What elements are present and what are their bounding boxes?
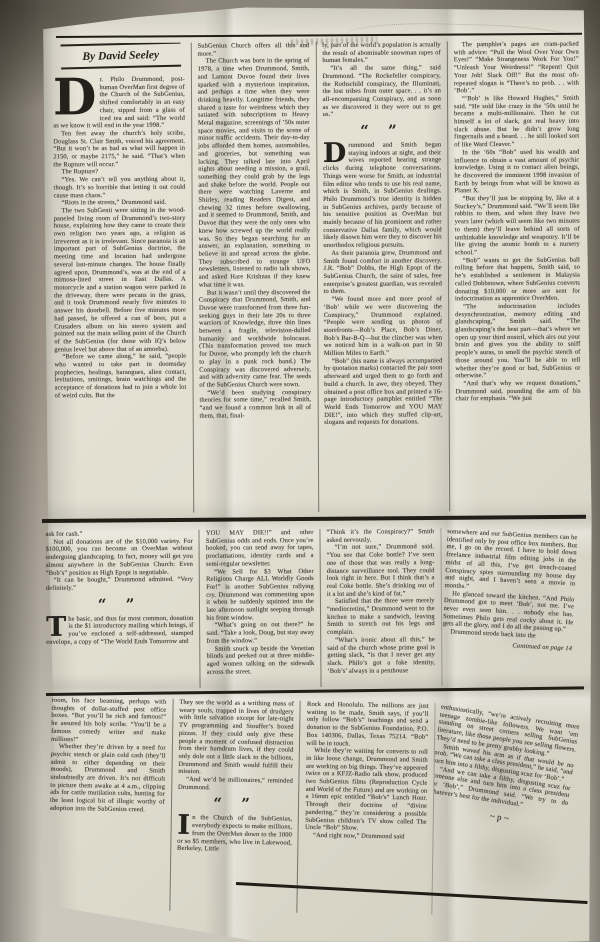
paragraph: “We Sell for $3 What Other Religions Cha… <box>206 568 314 623</box>
top-column-1-text: Dr. Philo Drummond, post-human OverMan f… <box>53 76 186 400</box>
paragraph: “I’m not sure,” Drummond said. “You see … <box>327 544 435 599</box>
paragraph: While they’re waiting for converts to ro… <box>305 747 428 834</box>
middle-column-3: “Think it’s the Conspiracy?” Smith asked… <box>319 528 441 687</box>
paragraph: “It can be bought,” Drummond admitted. “… <box>46 576 193 592</box>
paragraph: Satisfied that the three were merely “me… <box>327 597 435 636</box>
paragraph: “But they’ll just be stopping by, like a… <box>454 195 579 257</box>
paragraph: “The indoctrination includes desynchroni… <box>455 303 580 381</box>
drop-cap: I <box>177 814 192 836</box>
paragraph: “And that’s why we request donations,” D… <box>455 380 580 404</box>
pull-quote-marks: “ ” <box>46 594 193 613</box>
bottom-column-2: They see the world as a writhing mass of… <box>169 699 300 913</box>
paragraph: He glanced toward the kitchen. “And Phil… <box>442 590 574 635</box>
paragraph: The basic, and thus far most common, don… <box>46 614 194 646</box>
paragraph: “Think it’s the Conspiracy?” Smith asked… <box>326 528 434 544</box>
middle-column-4: somewhere and our SubGenius members can … <box>440 527 584 686</box>
bottom-column-1: room, his face beaming, perhaps with tho… <box>46 697 172 911</box>
drop-cap: T <box>46 615 68 637</box>
top-column-2: SubGenius Church offers all this and mor… <box>191 42 318 513</box>
paragraph: In the Church of the SubGenius, everybod… <box>177 814 292 854</box>
paragraph: The Church was born in the spring of 197… <box>198 57 311 289</box>
paragraph: The pamphlet’s pages are cram-packed wit… <box>454 41 579 96</box>
drop-cap: D <box>323 142 349 164</box>
paragraph: “We’d been studying conspiracy theories … <box>199 389 311 420</box>
paragraph: ly, part of the world’s population is ac… <box>322 41 441 65</box>
paragraph: “Before we came along,” he said, “people… <box>54 353 186 400</box>
paragraph: “We found more and more proof of ‘Bob’ w… <box>324 295 443 357</box>
paragraph: somewhere and our SubGenius members can … <box>444 528 577 596</box>
paragraph: “It’s all the same thing,” said Drummond… <box>322 64 441 119</box>
paragraph: Dr. Philo Drummond, post-human OverMan f… <box>53 76 185 131</box>
paragraph: They see the world as a writhing mass of… <box>178 699 294 778</box>
drop-cap: D <box>53 76 100 116</box>
paragraph: Rock and Honolulu. The millions are just… <box>306 701 428 749</box>
paragraph: The two SubGenii were sitting in the woo… <box>54 207 187 354</box>
middle-column-4-text: somewhere and our SubGenius members can … <box>441 528 577 653</box>
paragraph: “‘Bob’ is like Howard Hughes,” Smith sai… <box>454 95 579 150</box>
paragraph: YOU MAY DIE!!” and other SubGenius odds … <box>206 529 314 568</box>
paragraph: Whether they’re driven by a need for psy… <box>50 743 166 814</box>
top-column-4: The pamphlet’s pages are cram-packed wit… <box>447 41 588 512</box>
paragraph: “Yes. We can’t tell you anything about i… <box>53 176 185 200</box>
paragraph: SubGenius Church offers all this and mor… <box>198 42 310 58</box>
bottom-column-4-text: enthusiastically, “we’re actively recrui… <box>431 703 580 831</box>
paragraph: “What’s going on out there?” he said. “T… <box>206 621 314 645</box>
top-column-3: ly, part of the world’s population is ac… <box>315 41 449 512</box>
byline-box: By David Seeley <box>61 43 181 70</box>
bottom-column-4: enthusiastically, “we’re actively recrui… <box>431 703 587 917</box>
middle-column-2: YOU MAY DIE!!” and other SubGenius odds … <box>199 529 321 688</box>
paragraph: But it wasn’t until they discovered the … <box>199 289 311 390</box>
byline: By David Seeley <box>82 49 159 63</box>
paragraph: Ten feet away the church’s holy scribe, … <box>53 130 185 169</box>
photo-of-newspaper-page: By David Seeley Dr. Philo Drummond, post… <box>0 0 600 942</box>
paragraph: “Bob” wants to get the SubGenius ball ro… <box>455 256 580 303</box>
paragraph: Not all donations are of the $10,000 var… <box>46 538 194 578</box>
paragraph: In the ’60s “Bob” used his wealth and in… <box>454 148 579 195</box>
paragraph: Smith snuck up beside the Venetian blind… <box>207 645 315 677</box>
paragraph: “And we’d be millionaires,” reminded Dru… <box>178 776 293 793</box>
middle-column-1: ask for cash.”Not all donations are of t… <box>43 530 199 689</box>
paragraph: As their paranoia grew, Drummond and Smi… <box>323 249 442 296</box>
pull-quote-marks: “ ” <box>178 794 293 814</box>
paragraph: room, his face beaming, perhaps with tho… <box>51 697 166 745</box>
paragraph: “And right now,” Drummond said <box>305 832 427 842</box>
paragraph: Drummond and Smith began staying indoors… <box>323 141 442 249</box>
bottom-column-3: Rock and Honolulu. The millions are just… <box>297 701 435 915</box>
paragraph: “Bob” (his name is always accompanied by… <box>324 357 443 427</box>
bottom-section: room, his face beaming, perhaps with tho… <box>46 697 587 917</box>
top-section: By David Seeley Dr. Philo Drummond, post… <box>51 41 587 514</box>
paragraph: “What’s ironic about all this,” he said … <box>327 636 435 675</box>
top-column-1: By David Seeley Dr. Philo Drummond, post… <box>51 43 193 514</box>
middle-section: ask for cash.”Not all donations are of t… <box>43 527 584 689</box>
